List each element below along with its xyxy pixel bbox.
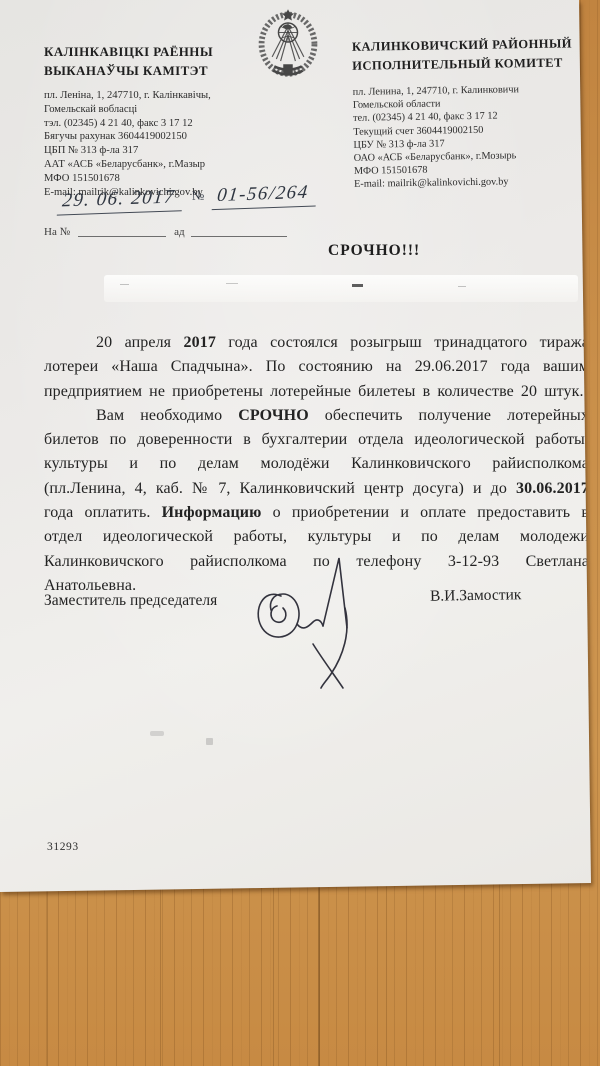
ink-speck [352,284,363,287]
handwritten-date: 29. 06. 2017 [57,186,185,215]
ink-speck [120,284,129,285]
photo-of-document: { "letterhead_left": { "title_line1": "К… [0,0,600,1066]
faint-smudge [150,731,164,736]
letterhead-right-title-line2: ИСПОЛНИТЕЛЬНЫЙ КОМИТЕТ [352,53,588,76]
blank-line [191,226,287,237]
address-line: пл. Леніна, 1, 247710, г. Калінкавічы, [44,89,319,103]
correction-fluid-band [104,275,578,302]
address-line: Гомельскай вобласці [44,103,319,117]
blank-line [78,226,166,237]
signer-position-label: Заместитель председателя [44,592,217,610]
body-text-run: года оплатить. [44,504,162,521]
body-text-run: 20 апреля [96,334,184,351]
body-text-run: Вам необходимо [96,407,238,424]
ink-speck [458,286,466,287]
body-text-run-bold: 2017 [184,334,216,351]
address-line: тэл. (02345) 4 21 40, факс 3 17 12 [44,117,319,131]
signature-scribble [243,548,383,694]
reply-separator: ад [174,226,184,238]
address-line: E-mail: mailrik@kalinkovichi.gov.by [354,175,590,192]
handwritten-number: 01-56/264 [212,181,318,210]
body-text-run-bold: Информацию [162,504,262,521]
paper-shadow-wrap: КАЛІНКАВІЦКІ РАЁННЫ ВЫКАНАЎЧЫ КАМІТЭТ пл… [0,0,600,1066]
address-line: ААТ «АСБ «Беларусбанк», г.Мазыр [44,158,319,172]
number-sign: № [192,187,205,203]
reply-prefix: На № [44,226,70,238]
paragraph-1: 20 апреля 2017 года состоялся розыгрыш т… [44,331,589,404]
address-line: Бягучы рахунак 3604419002150 [44,130,319,144]
letterhead-right-address: пл. Ленина, 1, 247710, г. Калинковичи Го… [353,82,591,191]
document-sheet: КАЛІНКАВІЦКІ РАЁННЫ ВЫКАНАЎЧЫ КАМІТЭТ пл… [0,0,600,900]
letterhead-right-title: КАЛИНКОВИЧСКИЙ РАЙОННЫЙ ИСПОЛНИТЕЛЬНЫЙ К… [352,34,589,76]
ink-speck [226,283,238,284]
letterhead-right: КАЛИНКОВИЧСКИЙ РАЙОННЫЙ ИСПОЛНИТЕЛЬНЫЙ К… [352,34,590,191]
reply-reference-line: На №ад [44,226,287,238]
coat-of-arms-belarus-icon [250,4,326,78]
body-text-run-bold: 30.06.2017 [516,480,589,497]
body-text-run-bold: СРОЧНО [238,407,309,424]
faint-smudge [206,738,213,745]
signer-name: В.И.Замостик [430,586,522,606]
print-order-code: 31293 [47,841,79,853]
address-line: ЦБП № 313 ф-ла 317 [44,144,319,158]
urgent-heading: СРОЧНО!!! [328,242,420,260]
